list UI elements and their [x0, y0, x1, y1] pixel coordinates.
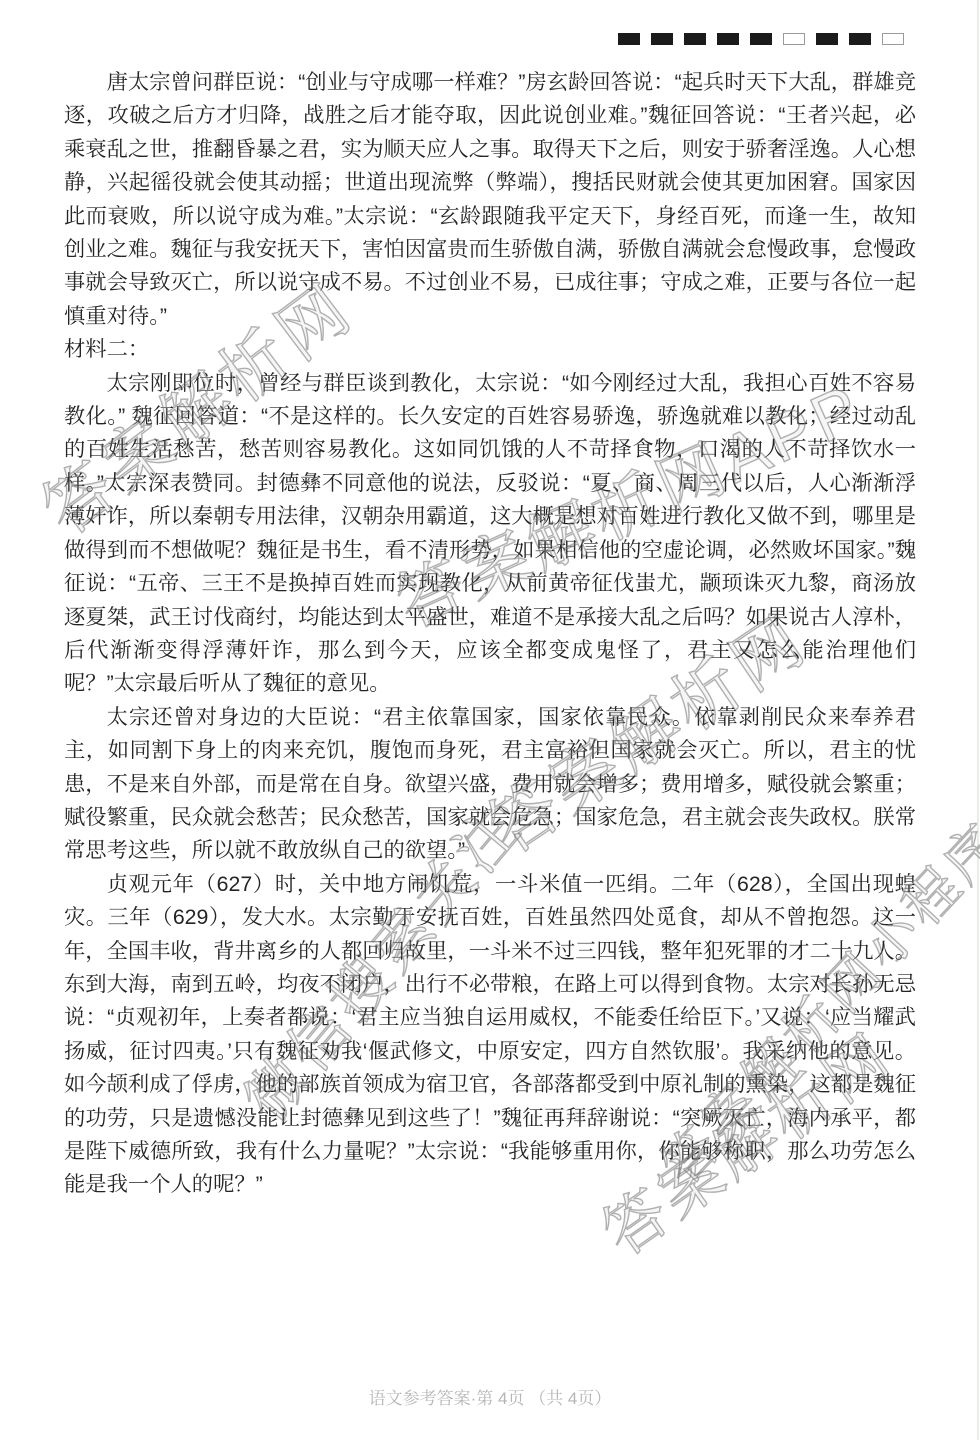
answer-sheet-page: 唐太宗曾问群臣说：“创业与守成哪一样难？”房玄龄回答说：“起兵时天下大乱，群雄竞… [0, 0, 980, 1440]
registration-mark-outline [783, 33, 805, 45]
page-edge-line [977, 0, 979, 1440]
registration-mark-filled [651, 33, 673, 45]
registration-mark-filled [750, 33, 772, 45]
registration-mark-outline [882, 33, 904, 45]
paragraph-material2-ruler-and-state: 太宗还曾对身边的大臣说：“君主依靠国家，国家依靠民众。依靠剥削民众来奉养君主，如… [64, 701, 916, 868]
paragraph-material2-zhenguan-years: 贞观元年（627）时，关中地方闹饥荒，一斗米值一匹绢。二年（628），全国出现蝗… [64, 868, 916, 1202]
registration-marks [618, 33, 904, 45]
paragraph-material2-edification: 太宗刚即位时，曾经与群臣谈到教化，太宗说：“如今刚经过大乱，我担心百姓不容易教化… [64, 367, 916, 701]
page-footer: 语文参考答案·第 4页 （共 4页） [0, 1384, 980, 1409]
registration-mark-filled [717, 33, 739, 45]
material-2-heading: 材料二： [64, 333, 916, 366]
registration-mark-filled [684, 33, 706, 45]
body-paragraphs: 唐太宗曾问群臣说：“创业与守成哪一样难？”房玄龄回答说：“起兵时天下大乱，群雄竞… [64, 66, 916, 1202]
registration-mark-filled [618, 33, 640, 45]
paragraph-material1-translation: 唐太宗曾问群臣说：“创业与守成哪一样难？”房玄龄回答说：“起兵时天下大乱，群雄竞… [64, 66, 916, 333]
registration-mark-filled [816, 33, 838, 45]
registration-mark-filled [849, 33, 871, 45]
